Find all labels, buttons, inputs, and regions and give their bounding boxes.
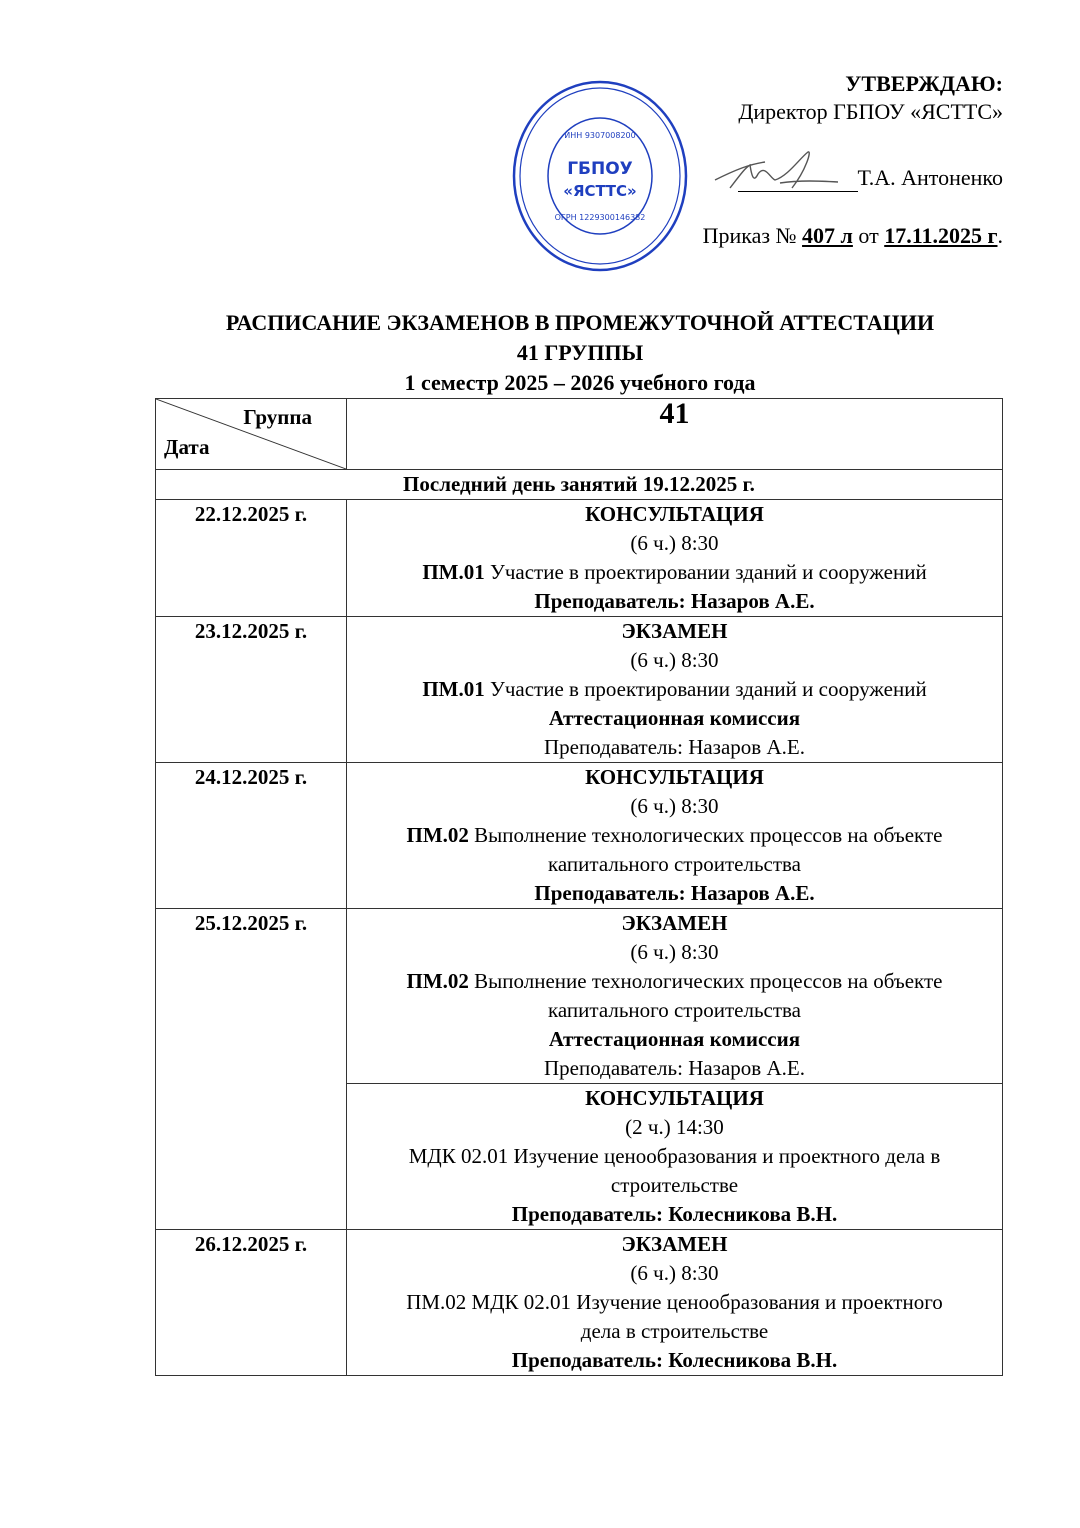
exam-schedule-table: Группа Дата 41 Последний день занятий 19… bbox=[155, 398, 1003, 1376]
document-heading: РАСПИСАНИЕ ЭКЗАМЕНОВ В ПРОМЕЖУТОЧНОЙ АТТ… bbox=[150, 308, 1010, 398]
table-row: 23.12.2025 г.ЭКЗАМЕН(6 ч.) 8:30ПМ.01 Уча… bbox=[156, 617, 1003, 763]
order-suffix: . bbox=[998, 223, 1004, 248]
last-day-text: Последний день занятий 19.12.2025 г. bbox=[156, 470, 1003, 500]
stamp-text-1: ГБПОУ bbox=[567, 159, 633, 179]
svg-text:ИНН 9307008200: ИНН 9307008200 bbox=[564, 131, 635, 140]
subject-name: МДК 02.01 Изучение ценообразования и про… bbox=[409, 1144, 940, 1197]
table-row: 24.12.2025 г.КОНСУЛЬТАЦИЯ(6 ч.) 8:30ПМ.0… bbox=[156, 763, 1003, 909]
svg-text:ОГРН 1229300146382: ОГРН 1229300146382 bbox=[555, 213, 646, 222]
event-type: ЭКЗАМЕН bbox=[347, 617, 1002, 646]
event-cell: ЭКЗАМЕН(6 ч.) 8:30ПМ.01 Участие в проект… bbox=[347, 617, 1003, 763]
date-cell: 22.12.2025 г. bbox=[156, 500, 347, 617]
event-subject: ПМ.02 Выполнение технологических процесс… bbox=[347, 821, 1002, 879]
order-from: от bbox=[858, 223, 878, 248]
event-type: ЭКЗАМЕН bbox=[347, 1230, 1002, 1259]
subject-name: Участие в проектировании зданий и сооруж… bbox=[490, 677, 927, 701]
teacher: Преподаватель: Назаров А.Е. bbox=[347, 1054, 1002, 1083]
group-number: 41 bbox=[347, 399, 1003, 470]
signature-icon bbox=[710, 150, 840, 200]
header-group-label: Группа bbox=[243, 403, 312, 432]
commission: Аттестационная комиссия bbox=[347, 704, 1002, 733]
subject-code: ПМ.02 bbox=[407, 969, 469, 993]
stamp-text-2: «ЯСТТС» bbox=[563, 182, 636, 200]
header-diagonal-cell: Группа Дата bbox=[156, 399, 347, 470]
order-line: Приказ № 407 л от 17.11.2025 г. bbox=[703, 222, 1003, 250]
approver-name: Т.А. Антоненко bbox=[858, 165, 1004, 190]
event-type: ЭКЗАМЕН bbox=[347, 909, 1002, 938]
table-row: 26.12.2025 г.ЭКЗАМЕН(6 ч.) 8:30ПМ.02 МДК… bbox=[156, 1230, 1003, 1376]
subject-code: ПМ.01 bbox=[422, 560, 484, 584]
event-type: КОНСУЛЬТАЦИЯ bbox=[347, 1084, 1002, 1113]
table-header-row: Группа Дата 41 bbox=[156, 399, 1003, 470]
teacher: Преподаватель: Колесникова В.Н. bbox=[347, 1346, 1002, 1375]
header-date-label: Дата bbox=[164, 433, 209, 462]
date-cell: 24.12.2025 г. bbox=[156, 763, 347, 909]
teacher: Преподаватель: Назаров А.Е. bbox=[347, 733, 1002, 762]
heading-line-1: РАСПИСАНИЕ ЭКЗАМЕНОВ В ПРОМЕЖУТОЧНОЙ АТТ… bbox=[150, 308, 1010, 338]
teacher: Преподаватель: Назаров А.Е. bbox=[347, 587, 1002, 616]
event-time: (2 ч.) 14:30 bbox=[347, 1113, 1002, 1142]
event-subject: ПМ.02 МДК 02.01 Изучение ценообразования… bbox=[347, 1288, 1002, 1346]
event-time: (6 ч.) 8:30 bbox=[347, 1259, 1002, 1288]
subject-code: ПМ.01 bbox=[422, 677, 484, 701]
event-cell: ЭКЗАМЕН(6 ч.) 8:30ПМ.02 Выполнение техно… bbox=[347, 909, 1003, 1084]
event-cell: КОНСУЛЬТАЦИЯ(2 ч.) 14:30МДК 02.01 Изучен… bbox=[347, 1084, 1003, 1230]
event-subject: ПМ.01 Участие в проектировании зданий и … bbox=[347, 558, 1002, 587]
event-subject: ПМ.02 Выполнение технологических процесс… bbox=[347, 967, 1002, 1025]
date-cell: 25.12.2025 г. bbox=[156, 909, 347, 1230]
commission: Аттестационная комиссия bbox=[347, 1025, 1002, 1054]
date-cell: 26.12.2025 г. bbox=[156, 1230, 347, 1376]
event-cell: ЭКЗАМЕН(6 ч.) 8:30ПМ.02 МДК 02.01 Изучен… bbox=[347, 1230, 1003, 1376]
event-subject: ПМ.01 Участие в проектировании зданий и … bbox=[347, 675, 1002, 704]
event-time: (6 ч.) 8:30 bbox=[347, 938, 1002, 967]
teacher: Преподаватель: Назаров А.Е. bbox=[347, 879, 1002, 908]
approval-position: Директор ГБПОУ «ЯСТТС» bbox=[703, 98, 1003, 126]
event-time: (6 ч.) 8:30 bbox=[347, 792, 1002, 821]
order-date: 17.11.2025 г bbox=[884, 223, 997, 248]
subject-name: Выполнение технологических процессов на … bbox=[474, 969, 942, 1022]
event-cell: КОНСУЛЬТАЦИЯ(6 ч.) 8:30ПМ.02 Выполнение … bbox=[347, 763, 1003, 909]
order-number: 407 л bbox=[802, 223, 853, 248]
table-row: 22.12.2025 г.КОНСУЛЬТАЦИЯ(6 ч.) 8:30ПМ.0… bbox=[156, 500, 1003, 617]
teacher: Преподаватель: Колесникова В.Н. bbox=[347, 1200, 1002, 1229]
event-time: (6 ч.) 8:30 bbox=[347, 646, 1002, 675]
subject-name: Выполнение технологических процессов на … bbox=[474, 823, 942, 876]
heading-line-3: 1 семестр 2025 – 2026 учебного года bbox=[150, 368, 1010, 398]
official-stamp-icon: ГБПОУ «ЯСТТС» ИНН 9307008200 ОГРН 122930… bbox=[510, 78, 690, 274]
table-row: 25.12.2025 г.ЭКЗАМЕН(6 ч.) 8:30ПМ.02 Вып… bbox=[156, 909, 1003, 1084]
date-cell: 23.12.2025 г. bbox=[156, 617, 347, 763]
heading-line-2: 41 ГРУППЫ bbox=[150, 338, 1010, 368]
subject-name: ПМ.02 МДК 02.01 Изучение ценообразования… bbox=[406, 1290, 943, 1343]
event-type: КОНСУЛЬТАЦИЯ bbox=[347, 763, 1002, 792]
event-time: (6 ч.) 8:30 bbox=[347, 529, 1002, 558]
event-cell: КОНСУЛЬТАЦИЯ(6 ч.) 8:30ПМ.01 Участие в п… bbox=[347, 500, 1003, 617]
subject-code: ПМ.02 bbox=[407, 823, 469, 847]
order-prefix: Приказ № bbox=[703, 223, 797, 248]
subject-name: Участие в проектировании зданий и сооруж… bbox=[490, 560, 927, 584]
event-type: КОНСУЛЬТАЦИЯ bbox=[347, 500, 1002, 529]
last-day-row: Последний день занятий 19.12.2025 г. bbox=[156, 470, 1003, 500]
event-subject: МДК 02.01 Изучение ценообразования и про… bbox=[347, 1142, 1002, 1200]
approval-title: УТВЕРЖДАЮ: bbox=[703, 70, 1003, 98]
